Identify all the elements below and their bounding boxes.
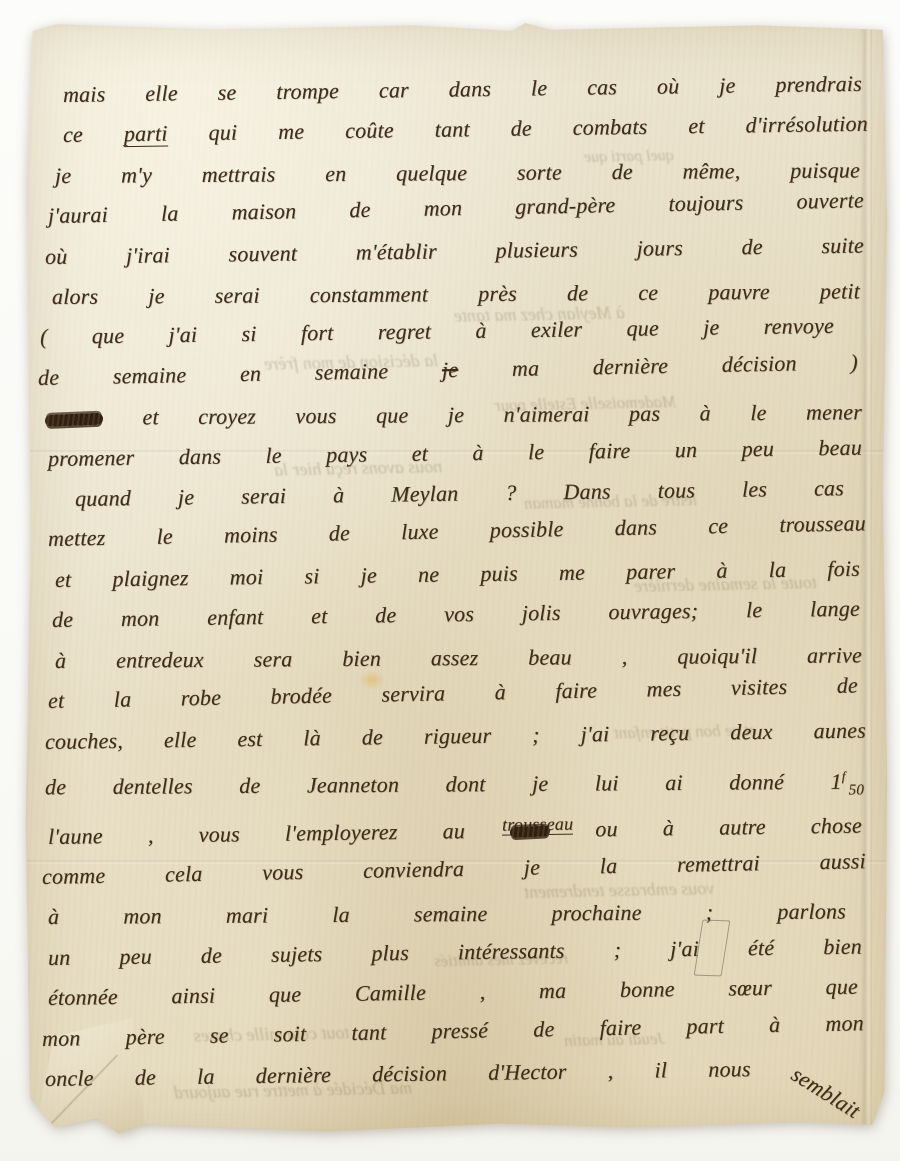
underlined-word: parti (124, 121, 168, 148)
line-text: comme cela vous conviendra je la remettr… (42, 848, 866, 889)
line-text: ma dernière décision ) (458, 349, 858, 382)
line-text: à mon mari la semaine prochaine ; parlon… (48, 899, 846, 930)
line-text: l'aune , vous l'employerez au (48, 817, 511, 848)
line-text: ce (63, 122, 124, 148)
line-text: de semaine en semaine (38, 357, 442, 390)
line-text: et la robe brodée servira à faire mes vi… (48, 673, 858, 714)
letter-paper: quel parti que à Meylan chez ma tante la… (24, 22, 888, 1136)
correction-anchor: trousseau (510, 810, 551, 851)
line-text: qui me coûte tant de combats et d'irréso… (167, 111, 868, 146)
bent-edge-word: semblait (782, 1055, 868, 1130)
franc-amount: 50 (849, 783, 865, 799)
line-text: j'aurai la maison de mon grand-père touj… (48, 188, 864, 229)
line-text: et croyez vous que je n'aimerai pas à le… (103, 400, 862, 430)
line-text: ou à autre chose (550, 812, 862, 841)
scan-background: quel parti que à Meylan chez ma tante la… (0, 0, 900, 1161)
line-text: et plaignez moi si je ne puis me parer à… (55, 556, 860, 592)
line-text: de mon enfant et de vos jolis ouvrages; … (52, 596, 860, 632)
line-text: mettez le moins de luxe possible dans ce… (48, 511, 866, 552)
line-text: mais elle se trompe car dans le cas où j… (63, 71, 862, 107)
line-text: mon père se soit tant pressé de faire pa… (42, 1010, 864, 1051)
struck-word: je (442, 357, 459, 382)
line-text: couches, elle est là de rigueur ; j'ai r… (45, 717, 866, 753)
line-text: alors je serai constamment près de ce pa… (52, 278, 860, 309)
franc-abbreviation: f (842, 768, 846, 783)
line-text: oncle de la dernière décision d'Hector ,… (45, 1056, 792, 1091)
line-text: promener dans le pays et à le faire un p… (48, 434, 862, 470)
line-text: un peu de sujets plus intéressants ; j'a… (48, 933, 862, 969)
scribbled-out-word (45, 413, 103, 427)
line-text: de dentelles de Jeanneton dont je lui ai… (45, 769, 842, 800)
scribbled-out-word (510, 825, 550, 838)
letter-paper-wrap: quel parti que à Meylan chez ma tante la… (24, 22, 888, 1136)
line-text: où j'irai souvent m'établir plusieurs jo… (45, 232, 864, 268)
handwritten-text: mais elle se trompe car dans le cas où j… (34, 75, 874, 1099)
